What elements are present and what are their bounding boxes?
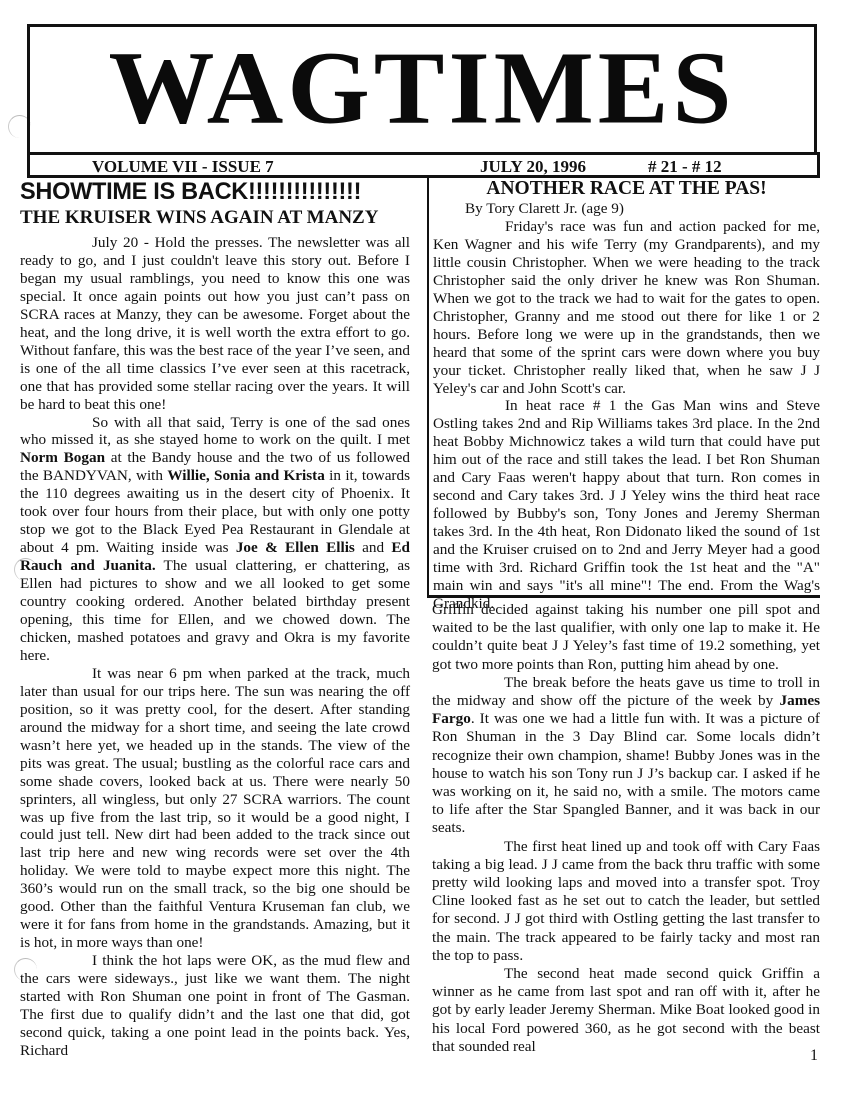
paragraph: Griffin decided against taking his numbe… <box>432 601 820 674</box>
text: So with all that said, Terry is one of t… <box>20 414 410 449</box>
byline: By Tory Clarett Jr. (age 9) <box>433 200 820 218</box>
paragraph: It was near 6 pm when parked at the trac… <box>20 665 410 952</box>
name-bold: Norm Bogan <box>20 449 105 466</box>
paragraph: July 20 - Hold the presses. The newslett… <box>20 234 410 414</box>
masthead-box: WAGTIMES <box>27 24 817 152</box>
volume-issue: VOLUME VII - ISSUE 7 <box>92 157 274 177</box>
name-bold: Willie, Sonia and Krista <box>167 467 324 484</box>
paragraph: In heat race # 1 the Gas Man wins and St… <box>433 397 820 612</box>
text: . It was one we had a little fun with. I… <box>432 710 820 836</box>
paragraph: Friday's race was fun and action packed … <box>433 218 820 398</box>
page-number: 1 <box>810 1047 818 1065</box>
paragraph: The first heat lined up and took off wit… <box>432 838 820 965</box>
article-headline: ANOTHER RACE AT THE PAS! <box>433 178 820 200</box>
article-subheadline: THE KRUISER WINS AGAIN AT MANZY <box>20 206 410 230</box>
issue-date: JULY 20, 1996 <box>480 157 586 177</box>
continued-article: Griffin decided against taking his numbe… <box>432 601 820 1056</box>
paragraph: The second heat made second quick Griffi… <box>432 965 820 1056</box>
left-article: SHOWTIME IS BACK!!!!!!!!!!!!!!! THE KRUI… <box>20 178 410 1060</box>
text: and <box>355 539 392 556</box>
article-headline: SHOWTIME IS BACK!!!!!!!!!!!!!!! <box>20 178 394 206</box>
boxed-article: ANOTHER RACE AT THE PAS! By Tory Clarett… <box>427 178 820 598</box>
text: The break before the heats gave us time … <box>432 674 820 709</box>
newsletter-title: WAGTIMES <box>30 34 814 142</box>
paragraph: So with all that said, Terry is one of t… <box>20 414 410 665</box>
paragraph: The break before the heats gave us time … <box>432 674 820 838</box>
name-bold: Joe & Ellen Ellis <box>236 539 355 556</box>
issue-info-bar: VOLUME VII - ISSUE 7 JULY 20, 1996 # 21 … <box>27 152 820 178</box>
paragraph: I think the hot laps were OK, as the mud… <box>20 952 410 1060</box>
issue-numbers: # 21 - # 12 <box>648 157 722 177</box>
